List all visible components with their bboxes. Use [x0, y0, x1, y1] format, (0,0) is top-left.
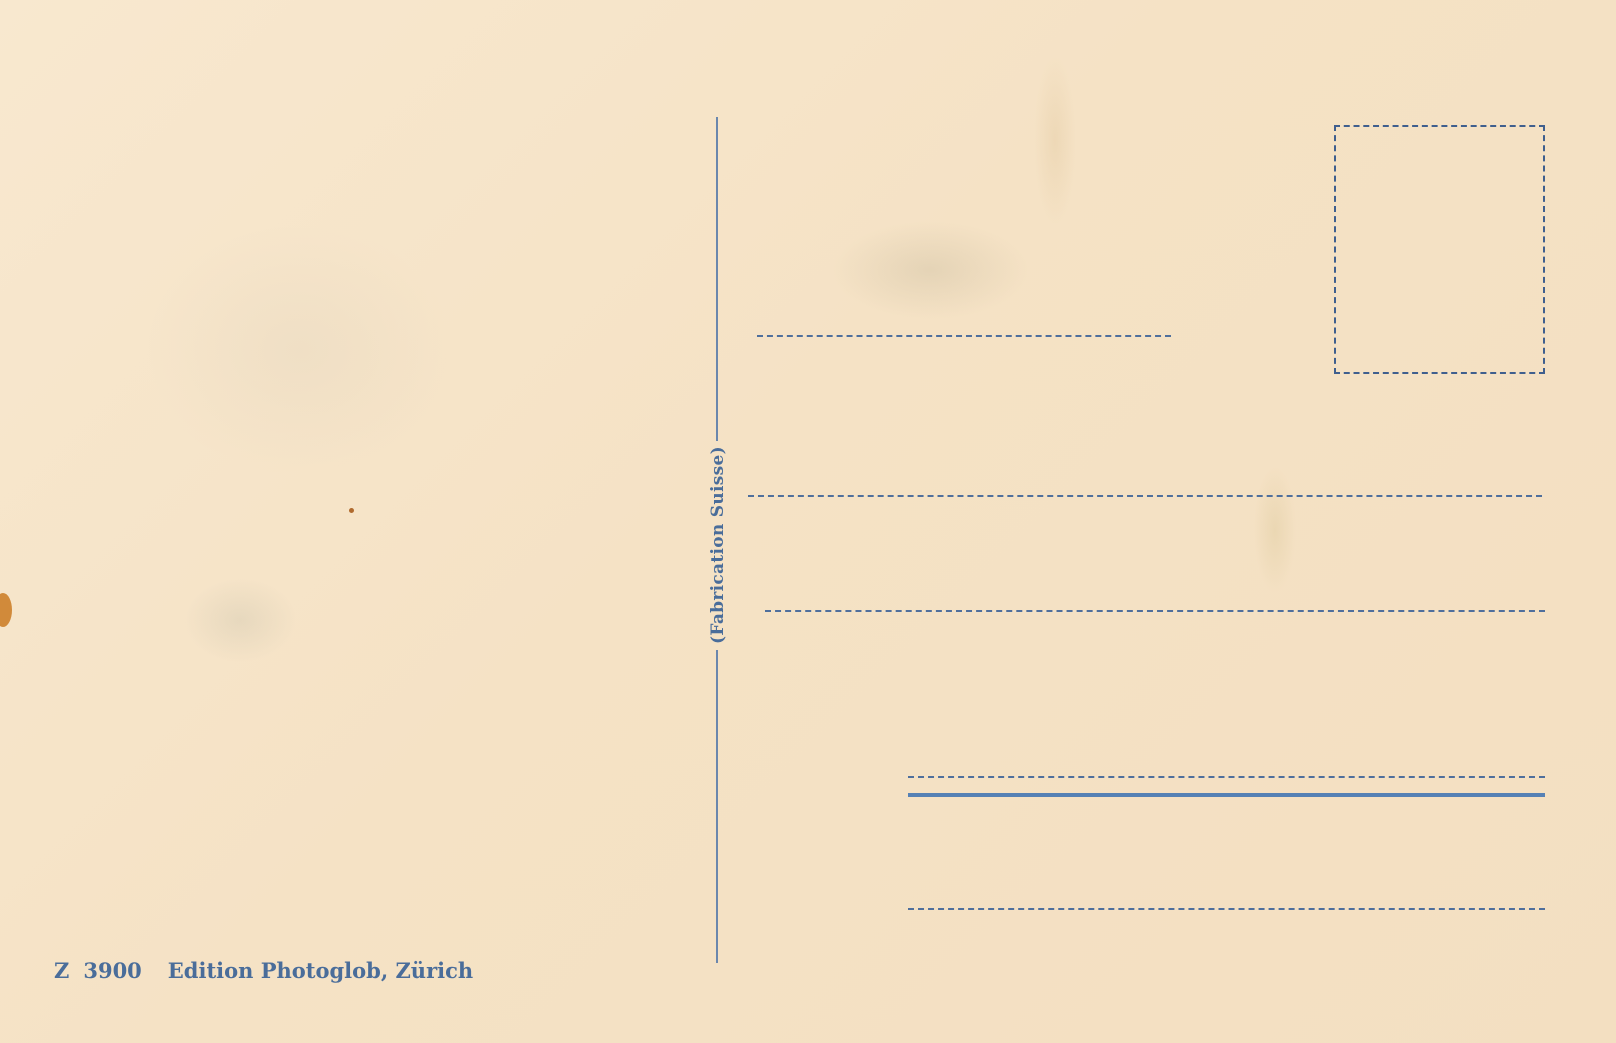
address-line-4 — [908, 776, 1545, 778]
series-number: 3900 — [83, 958, 141, 983]
center-divider-top — [716, 117, 718, 441]
address-line-2 — [748, 495, 1542, 497]
series-letter: Z — [54, 958, 69, 983]
publisher-name: Edition Photoglob, Zürich — [168, 958, 473, 983]
postcard-back: (Fabrication Suisse) Z3900Edition Photog… — [0, 0, 1616, 1043]
address-line-1 — [757, 335, 1171, 337]
stamp-box — [1334, 125, 1545, 374]
address-line-3 — [765, 610, 1545, 612]
center-divider-bottom — [716, 650, 718, 963]
series-code: Z3900 — [54, 958, 142, 983]
publisher-imprint: Z3900Edition Photoglob, Zürich — [54, 958, 473, 983]
paper-spot — [349, 508, 354, 513]
address-line-4-underline — [908, 793, 1545, 797]
address-line-5 — [908, 908, 1545, 910]
fabrication-label: (Fabrication Suisse) — [708, 446, 728, 644]
paper-damage-notch — [0, 593, 12, 627]
